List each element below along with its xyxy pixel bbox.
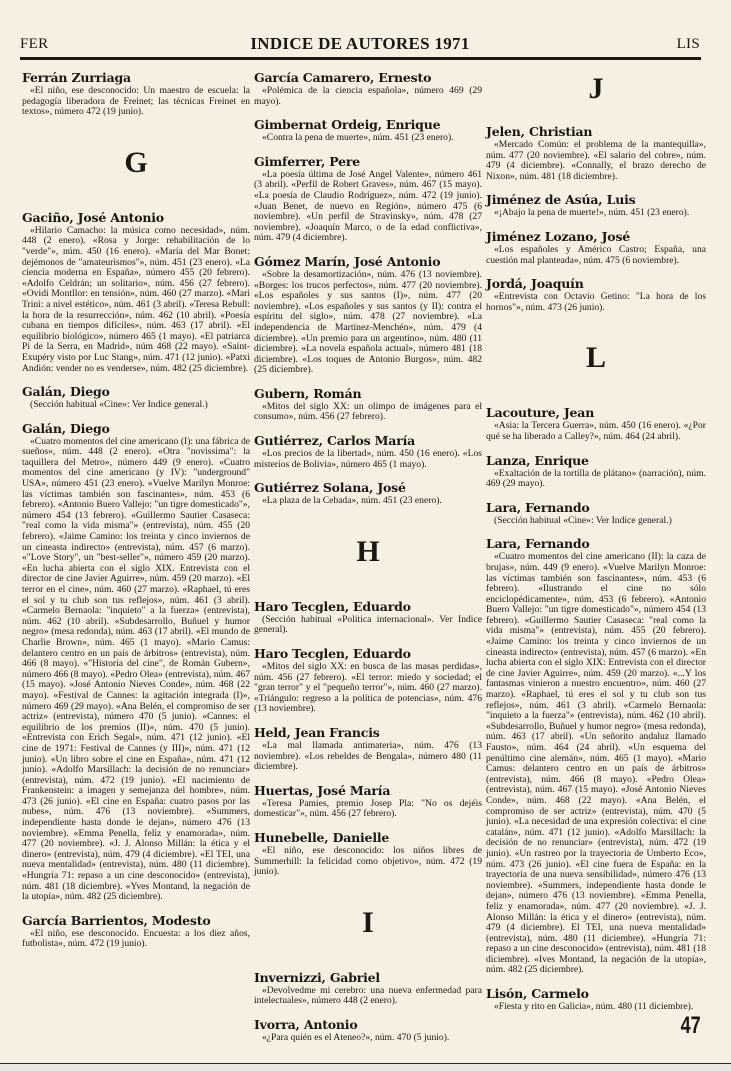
author-entry: Held, Jean Francis«La mal llamada antima… [254,725,482,773]
author-works: «¿Para quién es el Ateneo?», núm. 470 (5… [254,1033,482,1044]
author-entry: Jelen, Christian«Mercado Común: el probl… [486,124,706,182]
author-works: «Contra la pena de muerte», núm. 451 (23… [254,133,482,144]
author-works: «Asia: la Tercera Guerra», núm. 450 (16 … [486,421,706,442]
author-name: Held, Jean Francis [254,725,482,740]
author-works: (Sección habitual «Cine»: Ver Indice gen… [486,516,706,527]
author-name: Jiménez de Asúa, Luis [486,192,706,207]
author-entry: Gutiérrez Solana, José«La plaza de la Ce… [254,480,482,507]
author-entry: Ferrán Zurriaga«El niño, ese desconocido… [22,70,250,118]
author-name: Haro Tecglen, Eduardo [254,599,482,614]
section-letter: H [254,537,482,567]
author-entry: Lacouture, Jean«Asia: la Tercera Guerra»… [486,405,706,442]
author-entry: Gubern, Román«Mitos del siglo XX: un oli… [254,386,482,423]
author-entry: Gimferrer, Pere«La poesía última de José… [254,154,482,244]
author-entry: Jiménez de Asúa, Luis«¡Abajo la pena de … [486,192,706,219]
author-works: «Sobre la desamortización», núm. 476 (13… [254,270,482,376]
author-works: «Cuatro momentos del cine americano (II)… [486,552,706,976]
author-entry: Huertas, José María«Teresa Pamies, premi… [254,783,482,820]
section-letter: I [254,908,482,938]
author-name: García Camarero, Ernesto [254,70,482,85]
author-name: García Barrientos, Modesto [22,913,250,928]
right-guide-word: LIS [677,36,700,53]
author-entry: Hunebelle, Danielle«El niño, ese descono… [254,830,482,878]
author-name: Hunebelle, Danielle [254,830,482,845]
section-letter: G [22,148,250,178]
author-entry: Invernizzi, Gabriel«Devolvedme mi cerebr… [254,970,482,1007]
author-name: Gómez Marín, José Antonio [254,254,482,269]
author-name: Gutiérrez Solana, José [254,480,482,495]
author-works: (Sección habitual «Política internaciona… [254,615,482,636]
index-column-1: Ferrán Zurriaga«El niño, ese desconocido… [22,70,250,960]
author-name: Gubern, Román [254,386,482,401]
author-works: «La poesía última de José Angel Valente»… [254,170,482,244]
index-column-2: García Camarero, Ernesto«Polémica de la … [254,70,482,1054]
author-name: Jordá, Joaquín [486,276,706,291]
author-entry: Jordá, Joaquín«Entrevista con Octavio Ge… [486,276,706,313]
author-name: Ivorra, Antonio [254,1017,482,1032]
author-works: «El niño, ese desconocido. Encuesta: a l… [22,929,250,950]
author-entry: Haro Tecglen, Eduardo«Mitos del siglo XX… [254,646,482,715]
author-works: «¡Abajo la pena de muerte!», núm. 451 (2… [486,208,706,219]
author-works: «El niño, ese desconocido: Un maestro de… [22,86,250,118]
author-works: «Polémica de la ciencia española», númer… [254,86,482,107]
author-works: «Cuatro momentos del cine americano (I):… [22,437,250,903]
author-entry: Gimbernat Ordeig, Enrique«Contra la pena… [254,117,482,144]
author-name: Gutiérrez, Carlos María [254,433,482,448]
author-entry: Haro Tecglen, Eduardo(Sección habitual «… [254,599,482,636]
author-name: Gimferrer, Pere [254,154,482,169]
author-entry: García Barrientos, Modesto«El niño, ese … [22,913,250,950]
magazine-page: FER INDICE DE AUTORES 1971 LIS Ferrán Zu… [0,0,731,1064]
section-letter: L [486,343,706,373]
author-works: «Hilario Camacho: la música como necesid… [22,226,250,374]
author-works: «Mitos del siglo XX: en busca de las mas… [254,662,482,715]
author-name: Haro Tecglen, Eduardo [254,646,482,661]
author-works: «Mitos del siglo XX: un olimpo de imágen… [254,402,482,423]
author-name: Lanza, Enrique [486,453,706,468]
author-works: «Teresa Pamies, premio Josep Pla: "No os… [254,799,482,820]
author-name: Lara, Fernando [486,500,706,515]
header-rule [20,57,701,60]
author-name: Lisón, Carmelo [486,986,706,1001]
author-name: Galán, Diego [22,421,250,436]
author-entry: Lara, Fernando«Cuatro momentos del cine … [486,536,706,976]
author-entry: Galán, Diego(Sección habitual «Cine»: Ve… [22,384,250,411]
author-entry: Lara, Fernando(Sección habitual «Cine»: … [486,500,706,527]
author-name: Jelen, Christian [486,124,706,139]
author-entry: Jiménez Lozano, José«Los españoles y Amé… [486,229,706,266]
author-name: Invernizzi, Gabriel [254,970,482,985]
page-title: INDICE DE AUTORES 1971 [20,34,700,54]
author-name: Lara, Fernando [486,536,706,551]
author-name: Ferrán Zurriaga [22,70,250,85]
author-works: «Fiesta y rito en Galicia», núm. 480 (11… [486,1002,706,1013]
author-works: «La plaza de la Cebada», núm. 451 (23 en… [254,496,482,507]
author-works: «Los precios de la libertad», núm. 450 (… [254,449,482,470]
author-entry: Gutiérrez, Carlos María«Los precios de l… [254,433,482,470]
author-entry: Gaciño, José Antonio«Hilario Camacho: la… [22,210,250,374]
author-works: «Entrevista con Octavio Getino: "La hora… [486,292,706,313]
author-name: Galán, Diego [22,384,250,399]
author-works: «Exaltación de la tortilla de plátano» (… [486,469,706,490]
author-works: «Devolvedme mi cerebro: una nueva enferm… [254,986,482,1007]
section-letter: J [486,74,706,104]
page-header: FER INDICE DE AUTORES 1971 LIS [20,34,700,54]
author-name: Gaciño, José Antonio [22,210,250,225]
author-entry: Lisón, Carmelo«Fiesta y rito en Galicia»… [486,986,706,1013]
index-column-3: JJelen, Christian«Mercado Común: el prob… [486,70,706,1023]
author-works: «Los españoles y Américo Castro; España,… [486,245,706,266]
author-name: Huertas, José María [254,783,482,798]
author-name: Gimbernat Ordeig, Enrique [254,117,482,132]
page-number: 47 [681,1012,701,1040]
author-works: (Sección habitual «Cine»: Ver Indice gen… [22,400,250,411]
author-works: «Mercado Común: el problema de la manteq… [486,140,706,182]
author-name: Jiménez Lozano, José [486,229,706,244]
author-name: Lacouture, Jean [486,405,706,420]
author-works: «El niño, ese desconocido: los niños lib… [254,846,482,878]
author-works: «La mal llamada antimateria», núm. 476 (… [254,741,482,773]
author-entry: García Camarero, Ernesto«Polémica de la … [254,70,482,107]
author-entry: Galán, Diego«Cuatro momentos del cine am… [22,421,250,903]
author-entry: Lanza, Enrique«Exaltación de la tortilla… [486,453,706,490]
author-entry: Ivorra, Antonio«¿Para quién es el Ateneo… [254,1017,482,1044]
author-entry: Gómez Marín, José Antonio«Sobre la desam… [254,254,482,376]
